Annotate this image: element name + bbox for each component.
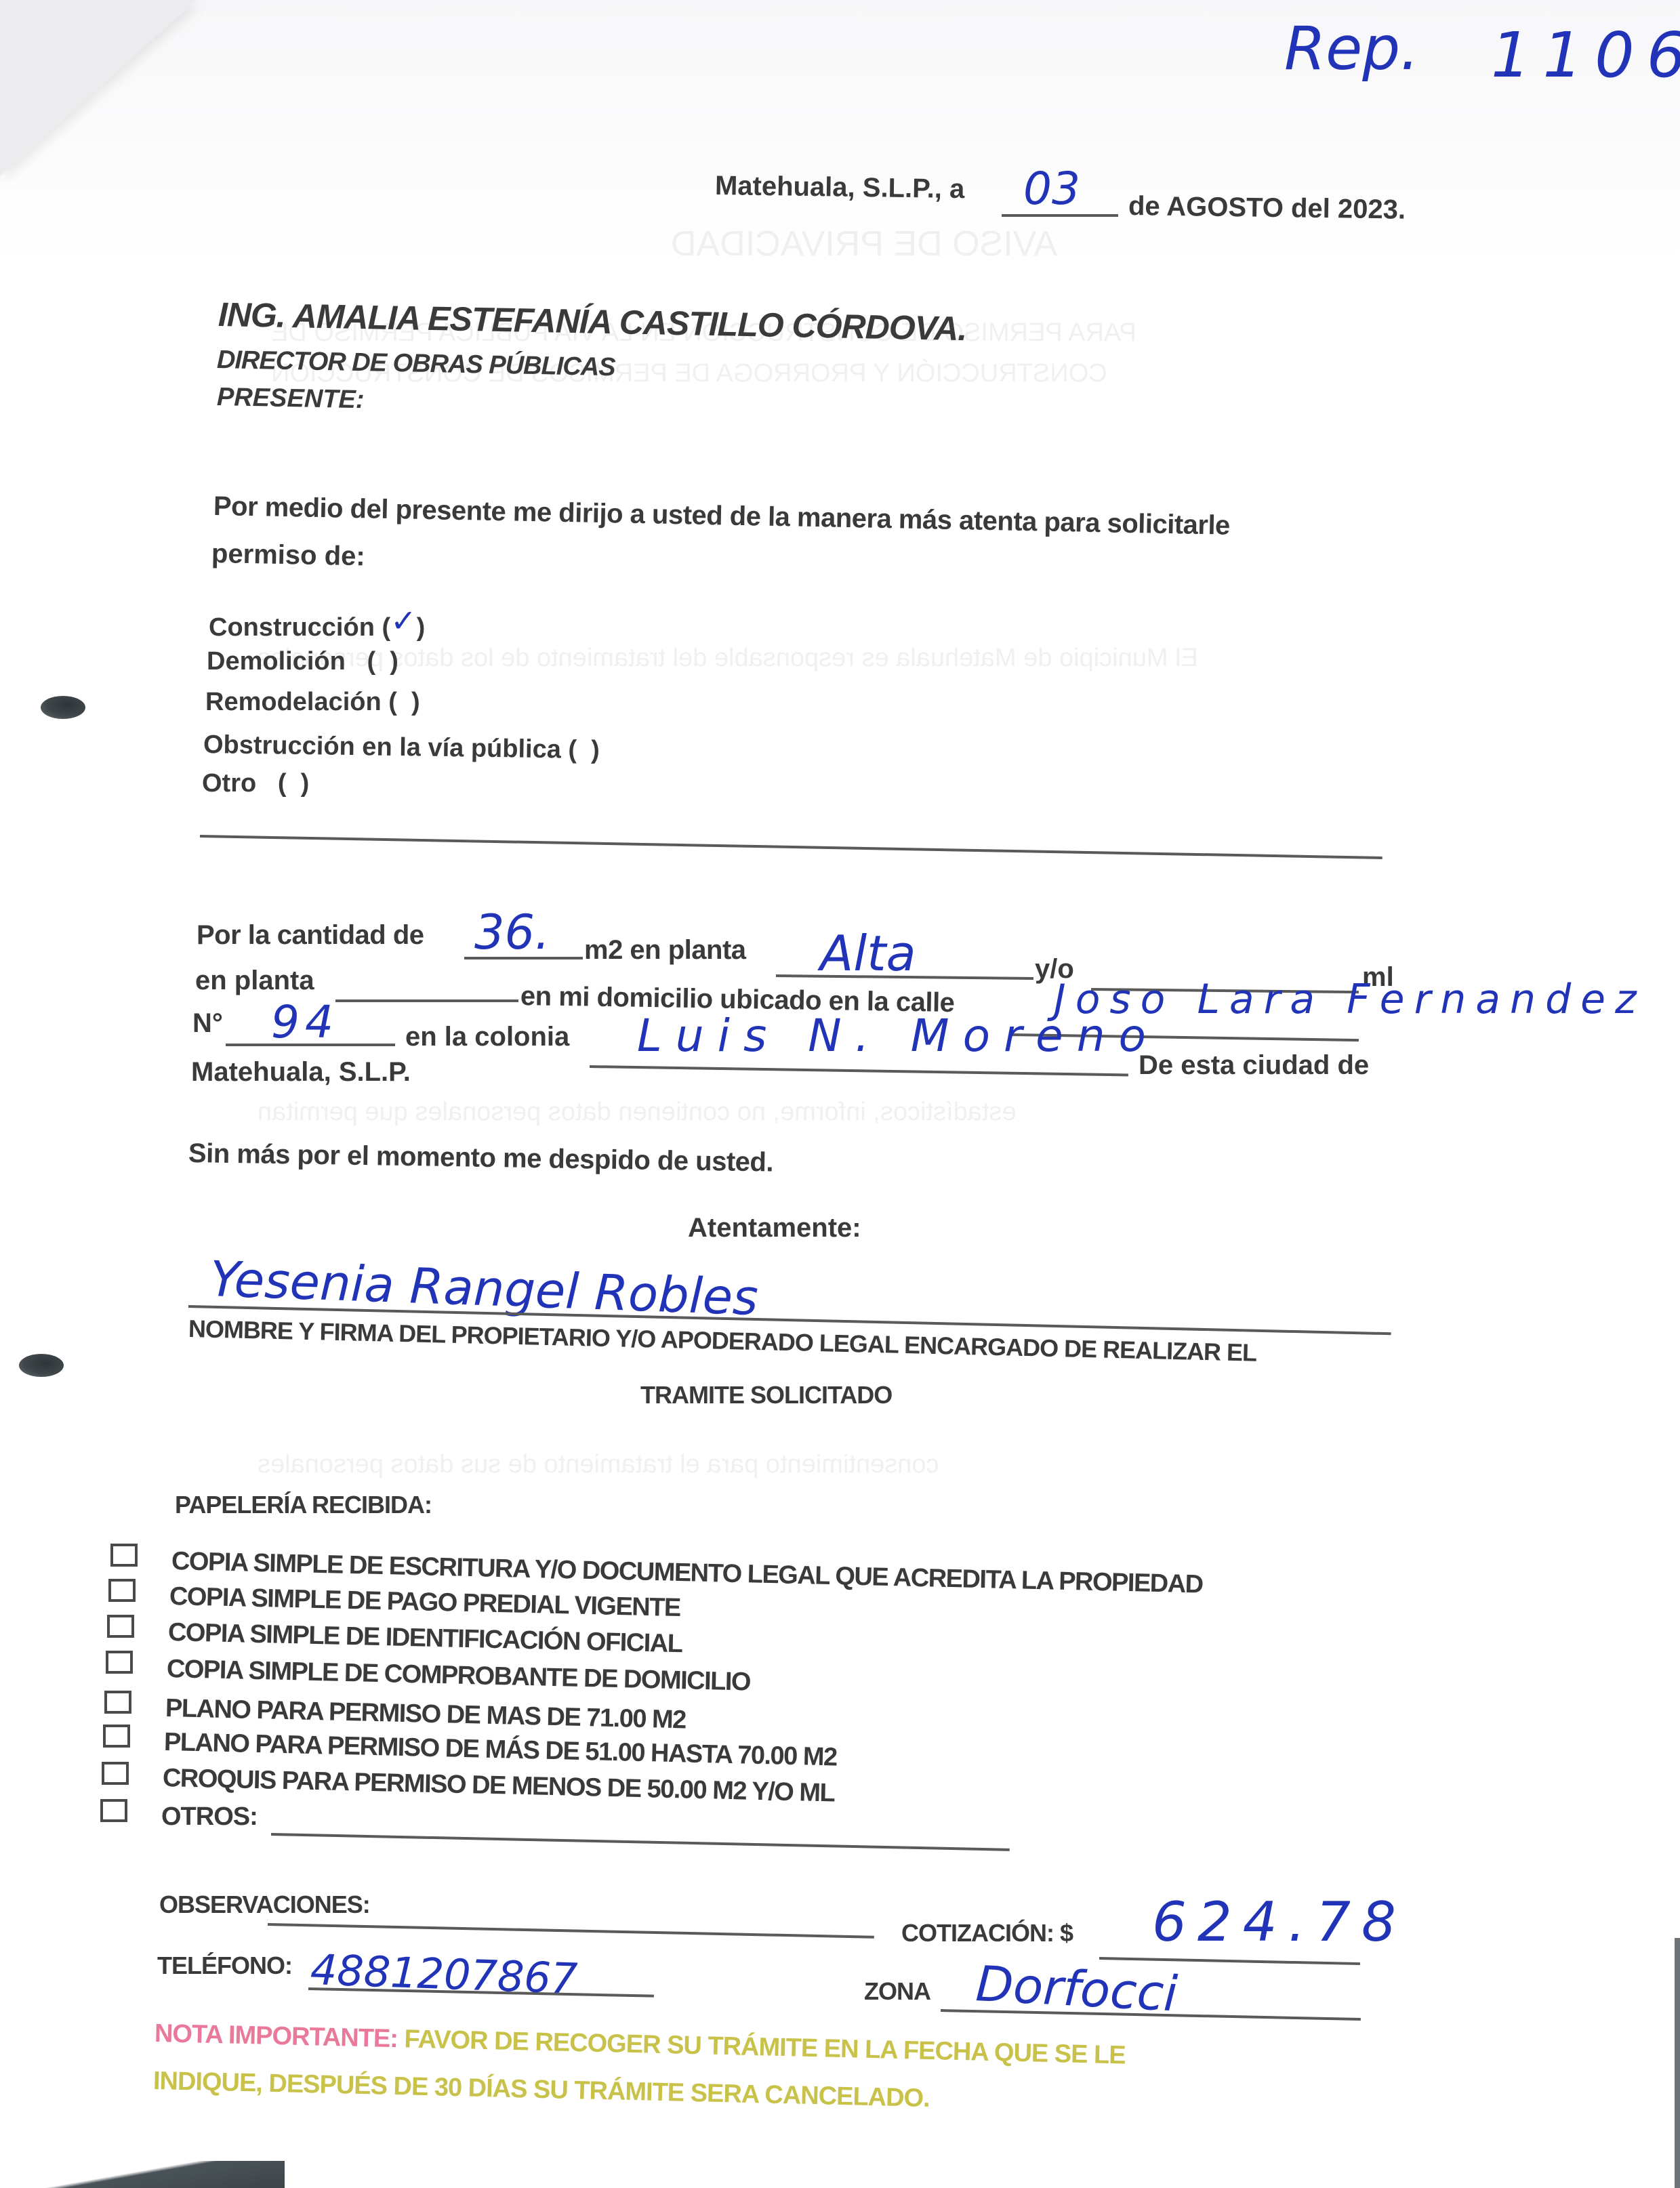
observaciones-label: OBSERVACIONES: bbox=[159, 1891, 370, 1919]
bleed-through: estadísticos, informe, no contienen dato… bbox=[258, 1098, 1017, 1127]
document-checkbox[interactable] bbox=[110, 1544, 138, 1567]
punch-hole-icon bbox=[19, 1354, 64, 1377]
folded-corner bbox=[0, 0, 197, 176]
reference-label: Rep. bbox=[1284, 14, 1419, 83]
city-label: De esta ciudad de bbox=[1139, 1050, 1369, 1081]
permit-type-remodelacion[interactable]: Remodelación ( ) bbox=[205, 688, 420, 717]
note-text-1: FAVOR DE RECOGER SU TRÁMITE EN LA FECHA … bbox=[404, 2025, 1126, 2069]
signature-caption-2: TRAMITE SOLICITADO bbox=[640, 1381, 892, 1409]
bleed-through: AVISO DE PRIVACIDAD bbox=[671, 224, 1057, 264]
note-line-1: NOTA IMPORTANTE: FAVOR DE RECOGER SU TRÁ… bbox=[155, 2019, 1126, 2070]
colonia-label: en la colonia bbox=[405, 1022, 569, 1052]
colonia-field[interactable]: Luis N. Moreno bbox=[637, 1010, 1160, 1062]
scan-edge bbox=[1675, 1938, 1680, 2188]
number-label: N° bbox=[192, 1008, 223, 1039]
date-day-field[interactable]: 03 bbox=[1023, 163, 1080, 215]
regards-text: Atentamente: bbox=[688, 1213, 861, 1243]
reference-number: 1106 bbox=[1491, 19, 1680, 91]
zona-field[interactable]: Dorfocci bbox=[975, 1955, 1179, 2022]
m2-label: m2 en planta bbox=[584, 935, 746, 966]
cotizacion-label: COTIZACIÓN: $ bbox=[901, 1919, 1073, 1947]
document-item: CROQUIS PARA PERMISO DE MENOS DE 50.00 M… bbox=[163, 1764, 835, 1808]
otro-description-line bbox=[200, 835, 1382, 859]
note-line-2: INDIQUE, DESPUÉS DE 30 DÍAS SU TRÁMITE S… bbox=[153, 2067, 930, 2113]
document-checkbox[interactable] bbox=[100, 1799, 127, 1822]
scan-shadow bbox=[0, 2161, 285, 2188]
addressee-greeting: PRESENTE: bbox=[217, 383, 365, 415]
intro-line-1: Por medio del presente me dirijo a usted… bbox=[213, 491, 1231, 541]
date-prefix: Matehuala, S.L.P., a bbox=[715, 171, 965, 204]
scanned-page: AVISO DE PRIVACIDAD PARA PERMISO DE CONS… bbox=[0, 0, 1680, 2188]
permit-type-obstruccion[interactable]: Obstrucción en la vía pública ( ) bbox=[203, 730, 600, 765]
note-key: NOTA IMPORTANTE: bbox=[155, 2019, 398, 2053]
permit-type-demolicion[interactable]: Demolición ( ) bbox=[207, 647, 398, 676]
document-checkbox[interactable] bbox=[107, 1615, 134, 1638]
date-line: Matehuala, S.L.P., a bbox=[715, 171, 965, 205]
document-item: COPIA SIMPLE DE IDENTIFICACIÓN OFICIAL bbox=[168, 1618, 682, 1659]
floor2-label: en planta bbox=[195, 966, 314, 996]
signature-field[interactable]: Yesenia Rangel Robles bbox=[209, 1250, 760, 1326]
farewell-text: Sin más por el momento me despido de ust… bbox=[188, 1138, 774, 1178]
floor2-line bbox=[335, 999, 518, 1002]
number-field[interactable]: 94 bbox=[271, 996, 339, 1048]
check-mark-icon: ✓ bbox=[390, 602, 417, 639]
bleed-through: consentimiento para el tratamiento de su… bbox=[258, 1450, 939, 1479]
document-item: COPIA SIMPLE DE PAGO PREDIAL VIGENTE bbox=[169, 1582, 681, 1623]
cotizacion-field[interactable]: 624.78 bbox=[1152, 1891, 1407, 1954]
document-checkbox[interactable] bbox=[103, 1725, 130, 1748]
bleed-through: El Municipio de Matehuala es responsable… bbox=[258, 644, 1198, 673]
telefono-label: TELÉFONO: bbox=[157, 1952, 292, 1980]
date-suffix: de AGOSTO del 2023. bbox=[1128, 191, 1406, 226]
intro-line-2: permiso de: bbox=[211, 539, 366, 572]
observaciones-line bbox=[268, 1923, 874, 1939]
document-checkbox[interactable] bbox=[106, 1651, 133, 1674]
otros-line bbox=[271, 1833, 1010, 1851]
floor-field[interactable]: Alta bbox=[820, 925, 916, 982]
punch-hole-icon bbox=[41, 696, 85, 719]
telefono-field[interactable]: 4881207867 bbox=[310, 1945, 579, 2004]
document-item: COPIA SIMPLE DE COMPROBANTE DE DOMICILIO bbox=[167, 1655, 751, 1697]
colonia-line bbox=[590, 1065, 1128, 1076]
quantity-field[interactable]: 36. bbox=[474, 905, 550, 960]
quantity-label: Por la cantidad de bbox=[197, 920, 424, 951]
document-checkbox[interactable] bbox=[102, 1762, 129, 1785]
document-item: OTROS: bbox=[161, 1802, 258, 1832]
document-checkbox[interactable] bbox=[108, 1579, 136, 1602]
zona-label: ZONA bbox=[864, 1977, 930, 2006]
permit-type-otro[interactable]: Otro ( ) bbox=[202, 769, 309, 798]
document-checkbox[interactable] bbox=[104, 1691, 131, 1714]
permit-type-construccion[interactable]: Construcción (✓) bbox=[209, 606, 425, 643]
document-item: PLANO PARA PERMISO DE MAS DE 71.00 M2 bbox=[165, 1694, 687, 1735]
documents-heading: PAPELERÍA RECIBIDA: bbox=[175, 1491, 432, 1519]
city-value: Matehuala, S.L.P. bbox=[191, 1057, 411, 1088]
